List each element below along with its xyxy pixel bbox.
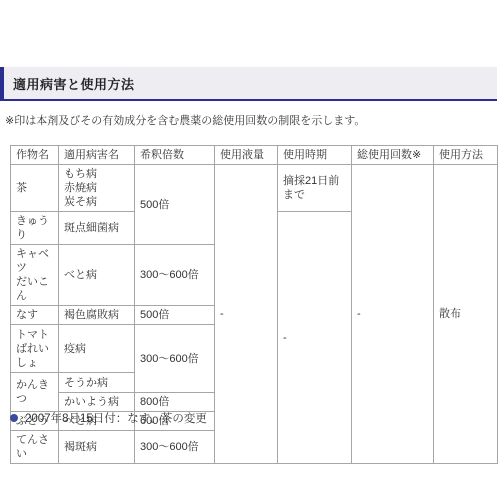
revision-footnote-text: 2007年8月15日付：なす、茶の変更 — [25, 410, 207, 426]
col-header-disease: 適用病害名 — [59, 146, 135, 165]
dilution-cell: 500倍 — [135, 306, 215, 325]
dilution-cell: 500倍 — [135, 165, 215, 245]
disease-cell: そうか病 — [59, 373, 135, 393]
revision-footnote: 2007年8月15日付：なす、茶の変更 — [10, 410, 207, 426]
section-title: 適用病害と使用方法 — [4, 74, 135, 93]
disease-cell: 褐斑病 — [59, 431, 135, 464]
liquid-cell: - — [215, 165, 278, 464]
disease-cell: 褐色腐敗病 — [59, 306, 135, 325]
dilution-cell: 300〜600倍 — [135, 431, 215, 464]
crop-cell: 茶 — [11, 165, 59, 212]
disease-cell: 斑点細菌病 — [59, 212, 135, 245]
section-header: 適用病害と使用方法 — [0, 67, 497, 101]
table-row: 茶 もち病 赤焼病 炭そ病 500倍 - 摘採21日前まで - 散布 — [11, 165, 498, 212]
dilution-cell: 300〜600倍 — [135, 245, 215, 306]
col-header-count: 総使用回数※ — [352, 146, 434, 165]
disease-cell: かいよう病 — [59, 393, 135, 412]
col-header-method: 使用方法 — [434, 146, 498, 165]
crop-cell: かんきつ — [11, 373, 59, 412]
period-cell: - — [278, 212, 352, 464]
crop-cell: トマト ばれいしょ — [11, 325, 59, 373]
disease-cell: べと病 — [59, 245, 135, 306]
disease-cell: 疫病 — [59, 325, 135, 373]
crop-cell: きゅうり — [11, 212, 59, 245]
crop-cell: なす — [11, 306, 59, 325]
usage-limit-note: ※印は本剤及びその有効成分を含む農薬の総使用回数の制限を示します。 — [5, 112, 485, 128]
count-cell: - — [352, 165, 434, 464]
crop-cell: キャベツ だいこん — [11, 245, 59, 306]
col-header-period: 使用時期 — [278, 146, 352, 165]
crop-cell: てんさい — [11, 431, 59, 464]
page: 適用病害と使用方法 ※印は本剤及びその有効成分を含む農薬の総使用回数の制限を示し… — [0, 0, 500, 500]
dilution-cell: 300〜600倍 — [135, 325, 215, 393]
table-header-row: 作物名 適用病害名 希釈倍数 使用液量 使用時期 総使用回数※ 使用方法 — [11, 146, 498, 165]
disease-cell: もち病 赤焼病 炭そ病 — [59, 165, 135, 212]
col-header-liquid: 使用液量 — [215, 146, 278, 165]
dilution-cell: 800倍 — [135, 393, 215, 412]
period-cell: 摘採21日前まで — [278, 165, 352, 212]
col-header-dilution: 希釈倍数 — [135, 146, 215, 165]
bullet-icon — [10, 414, 18, 422]
method-cell: 散布 — [434, 165, 498, 464]
col-header-crop: 作物名 — [11, 146, 59, 165]
